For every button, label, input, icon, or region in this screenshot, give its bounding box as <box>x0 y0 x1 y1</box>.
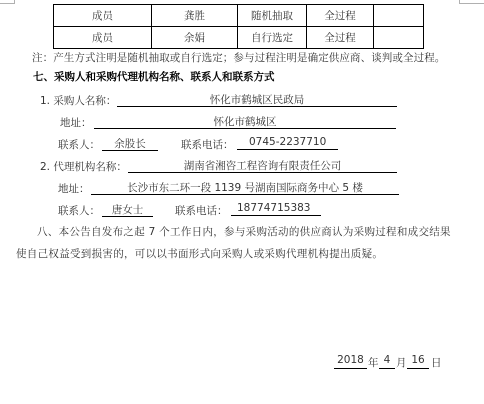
objection-notice-line-2: 使自己权益受到损害的，可以以书面形式向采购人或采购代理机构提出质疑。 <box>16 246 466 261</box>
agency-phone-value: 18774715383 <box>231 202 321 216</box>
table-cell-process: 全过程 <box>307 27 374 49</box>
date-year: 2018 <box>334 354 367 369</box>
page-corner-mark-left <box>0 0 15 4</box>
date-year-suffix: 年 <box>368 355 379 370</box>
table-cell-name: 龚胜 <box>152 5 238 27</box>
agency-contact-label: 联系人： <box>58 203 100 218</box>
agency-name-value: 湖南省湘咨工程咨询有限责任公司 <box>128 158 397 173</box>
purchaser-name-label: 1. 采购人名称： <box>40 93 116 108</box>
table-cell-role: 成员 <box>54 27 152 49</box>
agency-name-label: 2. 代理机构名称： <box>40 159 127 174</box>
table-cell-name: 余娟 <box>152 27 238 49</box>
purchaser-contact-label: 联系人： <box>58 137 100 152</box>
purchaser-address-value: 怀化市鹤城区 <box>94 114 396 129</box>
agency-address-value: 长沙市东二环一段 1139 号湖南国际商务中心 5 楼 <box>91 180 399 195</box>
table-row: 成员 龚胜 随机抽取 全过程 <box>54 5 424 27</box>
table-cell-method: 随机抽取 <box>238 5 307 27</box>
date-month-suffix: 月 <box>396 355 407 370</box>
purchaser-phone-label: 联系电话： <box>181 137 234 152</box>
page-corner-mark-right <box>459 0 484 4</box>
purchaser-phone-value: 0745-2237710 <box>237 136 338 150</box>
table-cell-role: 成员 <box>54 5 152 27</box>
date-month: 4 <box>379 354 395 369</box>
table-cell-remark <box>374 27 424 49</box>
date-day: 16 <box>407 354 429 369</box>
section-heading-contacts: 七、采购人和采购代理机构名称、联系人和联系方式 <box>33 69 275 84</box>
date-day-suffix: 日 <box>431 355 442 370</box>
purchaser-name-value: 怀化市鹤城区民政局 <box>117 92 397 107</box>
table-row: 成员 余娟 自行选定 全过程 <box>54 27 424 49</box>
objection-notice-line-1: 八、本公告自发布之起 7 个工作日内，参与采购活动的供应商认为采购过程和成交结果 <box>37 224 484 239</box>
purchaser-contact-value: 余股长 <box>102 136 158 151</box>
agency-phone-label: 联系电话： <box>175 203 228 218</box>
agency-address-label: 地址： <box>58 181 90 196</box>
purchaser-address-label: 地址： <box>60 115 92 130</box>
agency-contact-value: 唐女士 <box>102 202 153 217</box>
members-table: 成员 龚胜 随机抽取 全过程 成员 余娟 自行选定 全过程 <box>53 4 424 49</box>
table-cell-process: 全过程 <box>307 5 374 27</box>
table-cell-method: 自行选定 <box>238 27 307 49</box>
table-note: 注：产生方式注明是随机抽取或自行选定；参与过程注明是确定供应商、谈判或全过程。 <box>32 50 445 65</box>
table-cell-remark <box>374 5 424 27</box>
